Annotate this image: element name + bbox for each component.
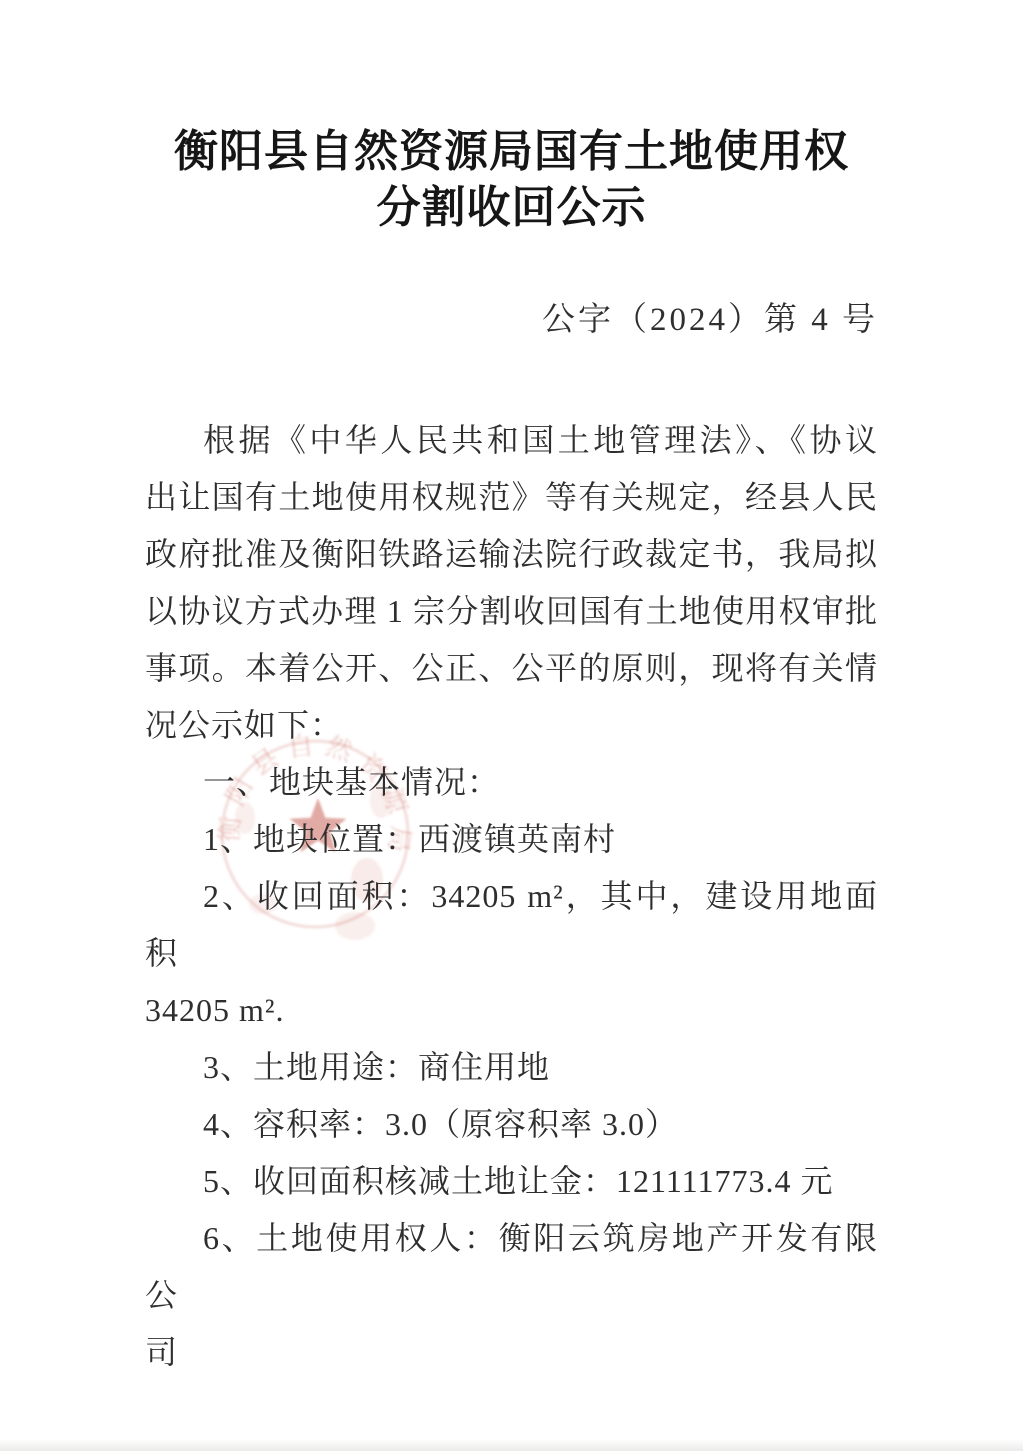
title-line-2: 分割收回公示 bbox=[0, 180, 1023, 236]
scanned-document-page: 衡阳县自然资源局 衡阳县自然资源局国有土地使用权 分割收回公示 公字（2024）… bbox=[0, 0, 1023, 1451]
list-item-2-continued: 34205 m². bbox=[145, 982, 878, 1039]
body-line: 根据《中华人民共和国土地管理法》、《协议 bbox=[145, 412, 878, 469]
list-item-6-continued: 司 bbox=[145, 1324, 878, 1381]
body-line: 政府批准及衡阳铁路运输法院行政裁定书，我局拟 bbox=[145, 526, 878, 583]
body-line: 况公示如下： bbox=[145, 697, 878, 754]
section-heading: 一、地块基本情况： bbox=[145, 754, 878, 811]
list-item-1: 1、地块位置：西渡镇英南村 bbox=[145, 811, 878, 868]
list-item-5: 5、收回面积核减土地让金：121111773.4 元 bbox=[145, 1153, 878, 1210]
title-line-1: 衡阳县自然资源局国有土地使用权 bbox=[0, 124, 1023, 180]
list-item-6: 6、土地使用权人：衡阳云筑房地产开发有限公 bbox=[145, 1210, 878, 1324]
document-title: 衡阳县自然资源局国有土地使用权 分割收回公示 bbox=[0, 124, 1023, 236]
list-item-2: 2、收回面积：34205 m²，其中，建设用地面积 bbox=[145, 868, 878, 982]
list-item-3: 3、土地用途：商住用地 bbox=[145, 1039, 878, 1096]
list-item-4: 4、容积率：3.0（原容积率 3.0） bbox=[145, 1096, 878, 1153]
doc-number: 公字（2024）第 4 号 bbox=[145, 292, 878, 348]
body-line: 事项。本着公开、公正、公平的原则，现将有关情 bbox=[145, 640, 878, 697]
body-line: 以协议方式办理 1 宗分割收回国有土地使用权审批 bbox=[145, 583, 878, 640]
document-body: 根据《中华人民共和国土地管理法》、《协议 出让国有土地使用权规范》等有关规定，经… bbox=[145, 412, 878, 1381]
body-line: 出让国有土地使用权规范》等有关规定，经县人民 bbox=[145, 469, 878, 526]
